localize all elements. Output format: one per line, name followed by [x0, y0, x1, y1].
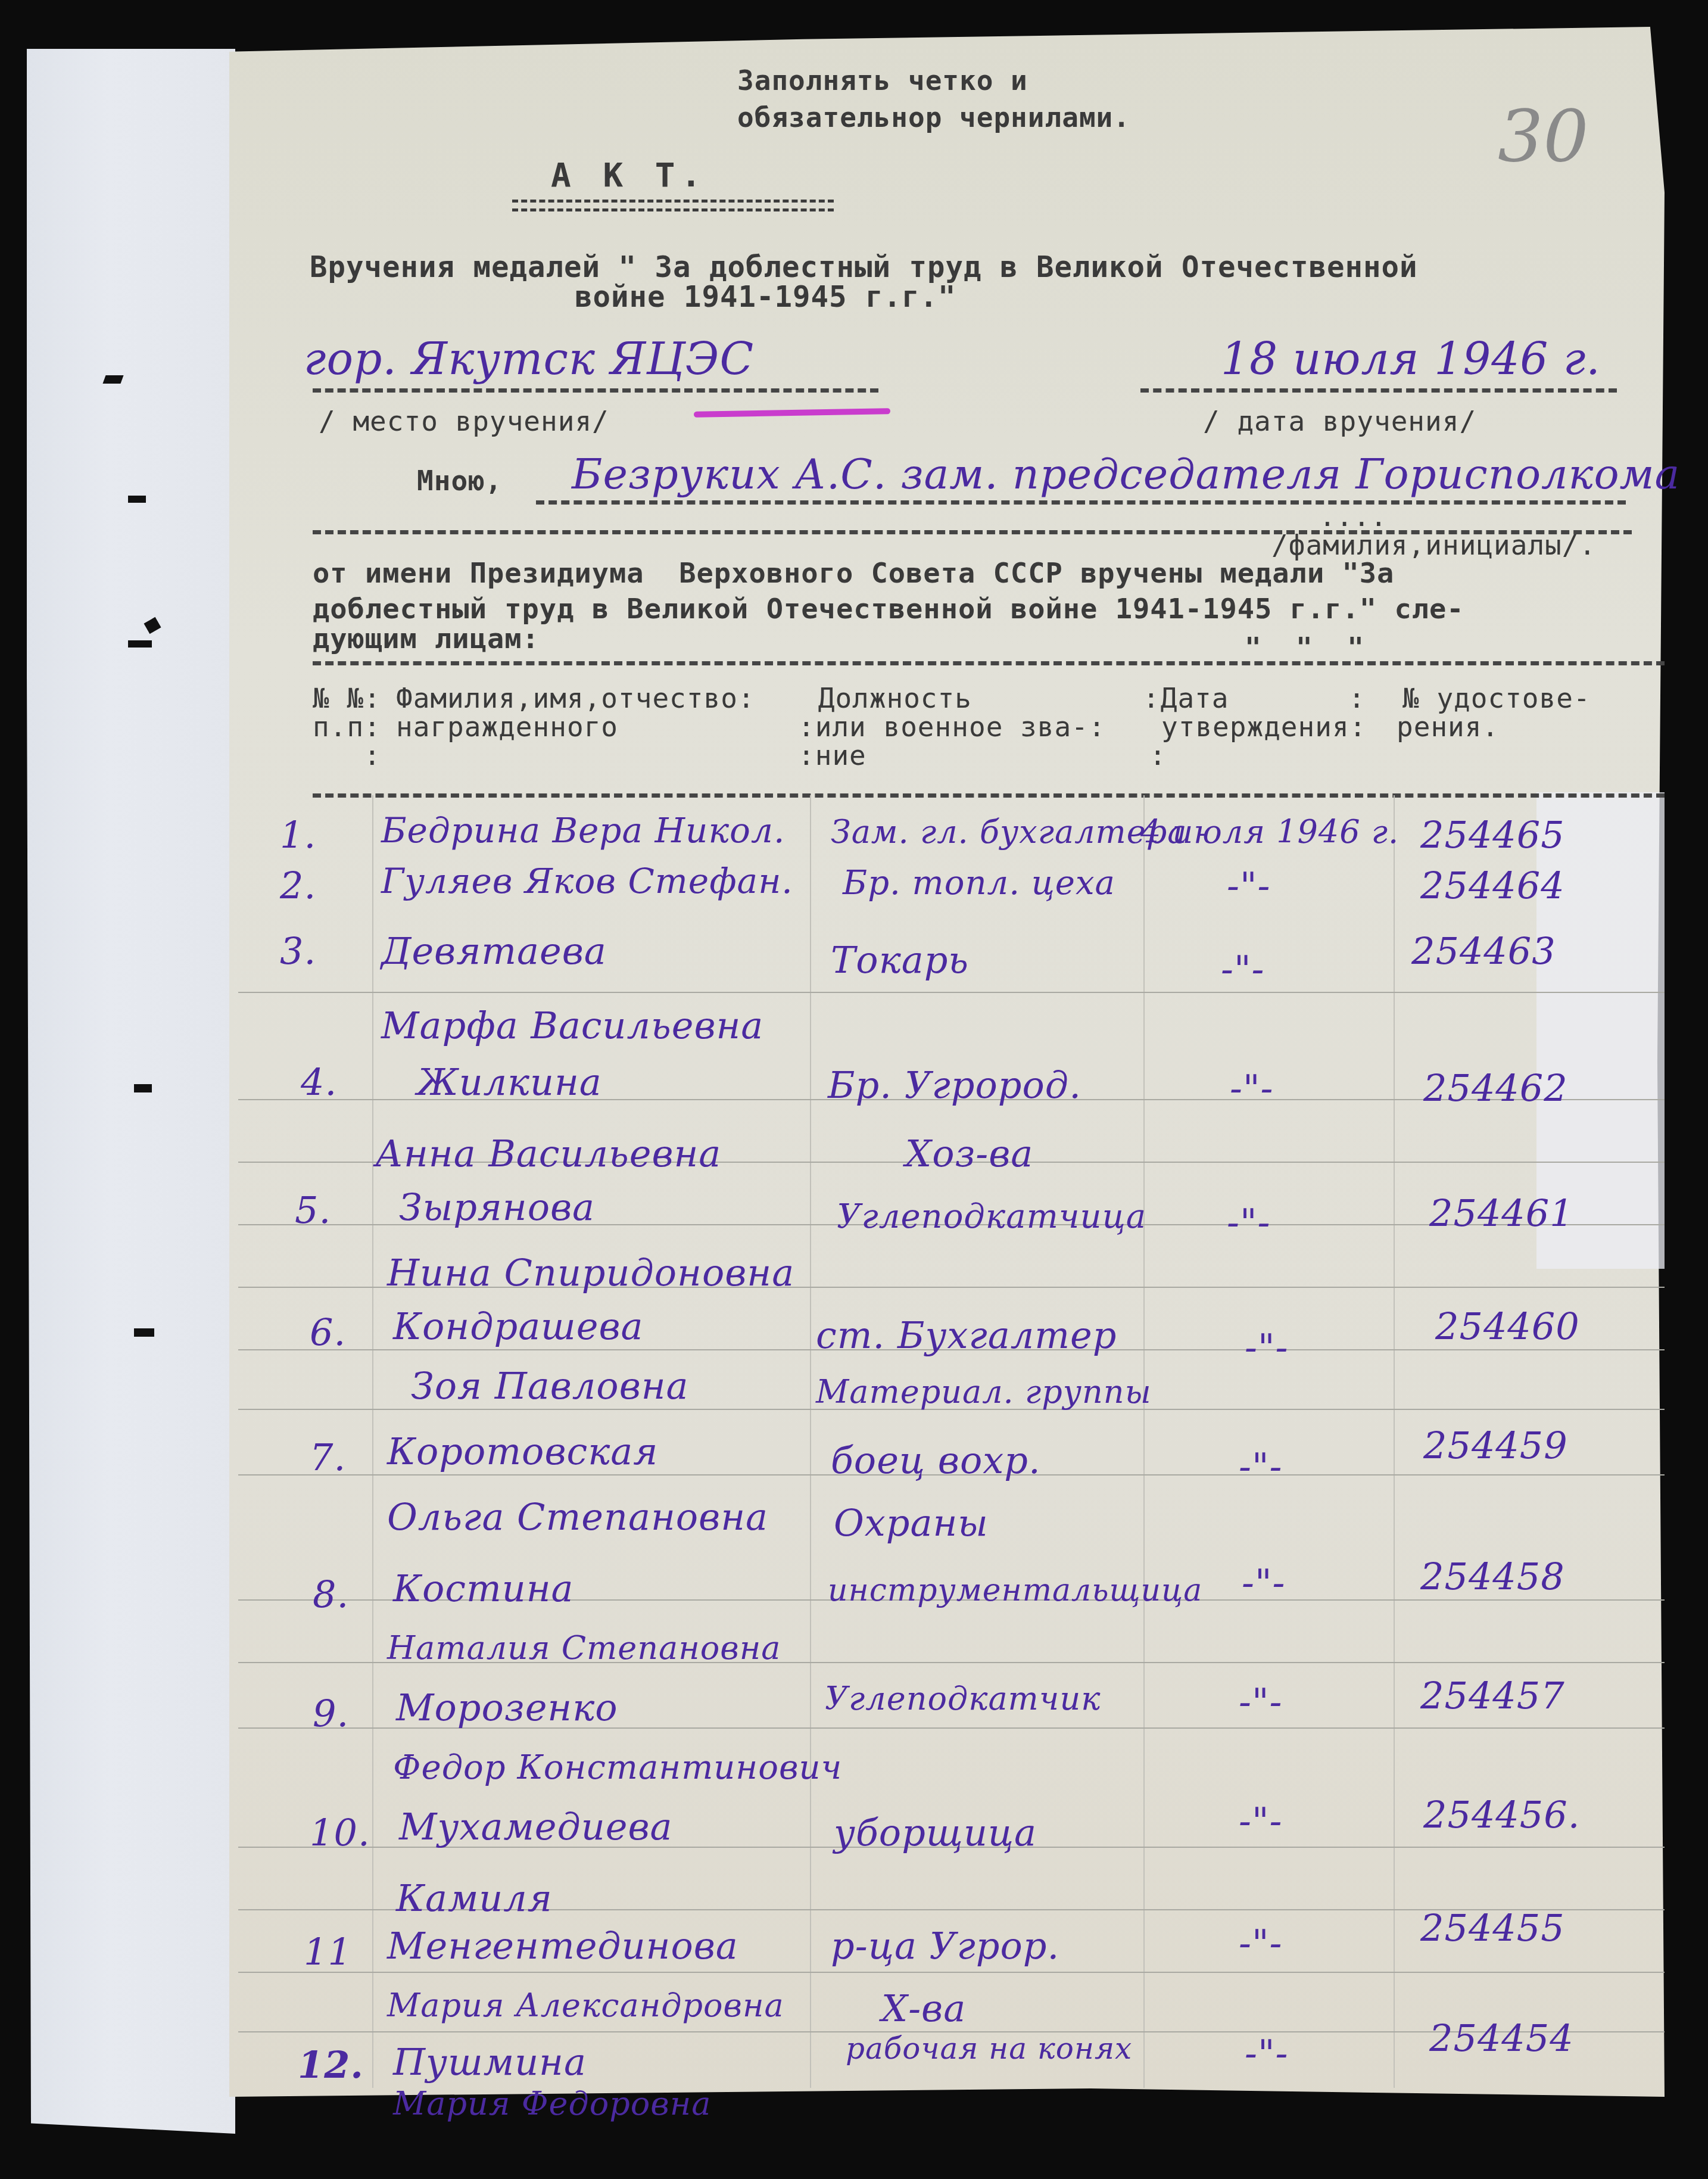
white-backing-strip [27, 49, 235, 2134]
header-num-3: : [313, 739, 381, 771]
awardee-position-cont: Х-ва [881, 1987, 966, 2030]
approval-date: -"- [1239, 1445, 1282, 1488]
punch-hole [128, 640, 152, 648]
header-name-2: награжденного [396, 711, 618, 743]
approval-date: -"- [1227, 1200, 1270, 1244]
row-number: 10. [310, 1811, 370, 1854]
awardee-name: Пушмина [393, 2040, 587, 2084]
awardee-position: уборщица [834, 1811, 1037, 1854]
awardee-name-cont: Федор Константинович [393, 1748, 842, 1787]
punch-hole [134, 1328, 154, 1337]
awardee-name: Мухамедиева [399, 1805, 672, 1848]
awardee-name: Коротовская [387, 1430, 658, 1473]
awardee-position: рабочая на конях [846, 2031, 1132, 2066]
awardee-name-cont: Мария Александровна [387, 1987, 784, 2024]
row-number: 4. [301, 1060, 337, 1104]
awardee-name: Костина [393, 1567, 574, 1610]
place-underline [313, 388, 878, 393]
approval-date: -"- [1239, 1799, 1282, 1842]
approval-date: -"- [1245, 2031, 1288, 2075]
certificate-number: 254459 [1423, 1424, 1568, 1467]
awardee-name-cont: Наталия Степановна [387, 1629, 781, 1667]
body-line-1: от имени Президиума Верховного Совета СС… [313, 557, 1394, 590]
header-cert-1: № удостове- [1402, 682, 1591, 714]
awardee-position: боец вохр. [831, 1439, 1041, 1482]
certificate-number: 254454 [1429, 2016, 1574, 2060]
awardee-name: Морозенко [396, 1686, 618, 1729]
awardee-position: Бр. топл. цеха [843, 864, 1115, 902]
column-rule [1143, 795, 1145, 2088]
instruction-line-2: обязательнор чернилами. [737, 101, 1130, 133]
row-number: 2. [280, 864, 316, 907]
awardee-name: Кондрашева [393, 1305, 644, 1348]
document-title: А К Т. [551, 156, 707, 195]
header-position-3: :ние [798, 739, 867, 771]
issuer-underline-1 [536, 500, 1626, 505]
awardee-position-cont: Хоз-ва [905, 1132, 1033, 1175]
row-number: 1. [280, 813, 316, 857]
approval-date: -"- [1239, 1921, 1282, 1965]
date-underline [1140, 388, 1617, 393]
awardee-position: Зам. гл. бухгалтера [831, 813, 1187, 851]
approval-date: -"- [1242, 1561, 1285, 1604]
column-rule [1394, 795, 1395, 2088]
column-rule [810, 795, 811, 2088]
row-number: 5. [295, 1188, 331, 1232]
certificate-number: 254463 [1411, 929, 1556, 973]
awardee-name-cont: Мария Федоровна [393, 2085, 712, 2122]
issuer-dots: .... [1319, 500, 1388, 533]
awardee-position: инструментальщица [828, 1573, 1202, 1608]
header-position-2: :или военное зва-: [798, 711, 1106, 743]
page-number: 30 [1498, 95, 1589, 178]
awardee-name: Девятаева [381, 929, 607, 973]
awardee-name: Жилкина [417, 1060, 602, 1104]
place-value: гор. Якутск ЯЦЭС [304, 334, 754, 385]
awardee-name-cont: Анна Васильевна [375, 1132, 721, 1175]
certificate-number: 254464 [1420, 864, 1565, 907]
approval-date: -"- [1221, 947, 1264, 991]
punch-hole [102, 375, 123, 384]
awardee-position: р-ца Угрор. [831, 1924, 1059, 1968]
punch-hole [128, 496, 146, 503]
awardee-name: Зырянова [399, 1185, 595, 1229]
awardee-name: Гуляев Яков Стефан. [381, 861, 793, 901]
header-date-3: : [1149, 739, 1167, 771]
awardee-name-cont: Марфа Васильевна [381, 1004, 763, 1047]
subtitle-line-2: войне 1941-1945 г.г." [575, 280, 956, 314]
header-num-1: № №: [313, 682, 381, 714]
certificate-number: 254465 [1420, 813, 1565, 857]
date-label: / дата вручения/ [1203, 405, 1476, 437]
row-number: 6. [310, 1310, 346, 1354]
awardee-position: Углеподкатчица [837, 1197, 1146, 1236]
row-rule [238, 1972, 1665, 1973]
awardee-name: Менгентединова [387, 1924, 738, 1968]
column-rule [372, 795, 373, 2088]
awardee-name-cont: Нина Спиридоновна [387, 1251, 794, 1294]
certificate-number: 254462 [1423, 1066, 1568, 1110]
row-number: 9. [313, 1692, 349, 1735]
awardee-position: ст. Бухгалтер [816, 1313, 1117, 1357]
awardee-position: Бр. Угрород. [828, 1063, 1081, 1107]
awardee-name: Бедрина Вера Никол. [381, 810, 785, 851]
punch-hole [134, 1084, 152, 1092]
certificate-number: 254458 [1420, 1555, 1565, 1598]
row-number: 3. [280, 929, 316, 973]
table-header-bottom-rule [313, 793, 1665, 798]
awardee-name-cont: Ольга Степановна [387, 1495, 768, 1539]
header-name-1: Фамилия,имя,отчество: [396, 682, 755, 714]
approval-date: -"- [1230, 1066, 1273, 1110]
header-cert-2: рения. [1397, 711, 1499, 743]
header-position-1: Должность : [801, 682, 1160, 714]
awardee-name-cont: Камиля [396, 1876, 553, 1920]
approval-date: -"- [1227, 864, 1270, 907]
place-label: / место вручения/ [319, 405, 609, 437]
subtitle-line-1: Вручения медалей " За доблестный труд в … [310, 250, 1418, 284]
certificate-number: 254455 [1420, 1906, 1565, 1950]
issuer-prefix: Мною, [417, 465, 502, 497]
header-num-2: п.п: [313, 711, 381, 743]
row-number: 7. [310, 1436, 346, 1479]
body-line-2: доблестный труд в Великой Отечественной … [313, 593, 1464, 625]
awardee-name-cont: Зоя Павловна [411, 1364, 689, 1408]
certificate-number: 254461 [1429, 1191, 1574, 1235]
certificate-number: 254456. [1423, 1793, 1580, 1836]
date-value: 18 июля 1946 г. [1221, 334, 1601, 385]
approval-date: -"- [1239, 1680, 1282, 1723]
approval-date: -"- [1245, 1325, 1288, 1369]
table-top-rule [313, 661, 1665, 665]
header-date-2: утверждения: [1161, 711, 1366, 743]
row-number: 12. [298, 2043, 364, 2087]
row-number: 8. [313, 1573, 349, 1616]
issuer-value: Безруких А.С. зам. председателя Гориспол… [572, 450, 1680, 499]
approval-date: 4 июля 1946 г. [1140, 813, 1399, 851]
certificate-number: 254460 [1435, 1305, 1580, 1348]
row-rule [238, 992, 1665, 993]
instruction-line-1: Заполнять четко и [737, 64, 1028, 97]
body-line-3: дующим лицам: [313, 622, 540, 655]
title-underline [512, 200, 834, 211]
header-date-1: Дата : [1143, 682, 1366, 714]
awardee-position: Токарь [831, 938, 969, 982]
awardee-position: Углеподкатчик [825, 1680, 1101, 1717]
awardee-position-cont: Охраны [834, 1501, 989, 1545]
certificate-number: 254457 [1420, 1674, 1565, 1717]
row-number: 11 [304, 1930, 352, 1973]
ditto-marks: " " " [1245, 631, 1364, 664]
awardee-position-cont: Материал. группы [816, 1373, 1152, 1411]
issuer-label: /фамилия,инициалы/. [1271, 529, 1596, 561]
